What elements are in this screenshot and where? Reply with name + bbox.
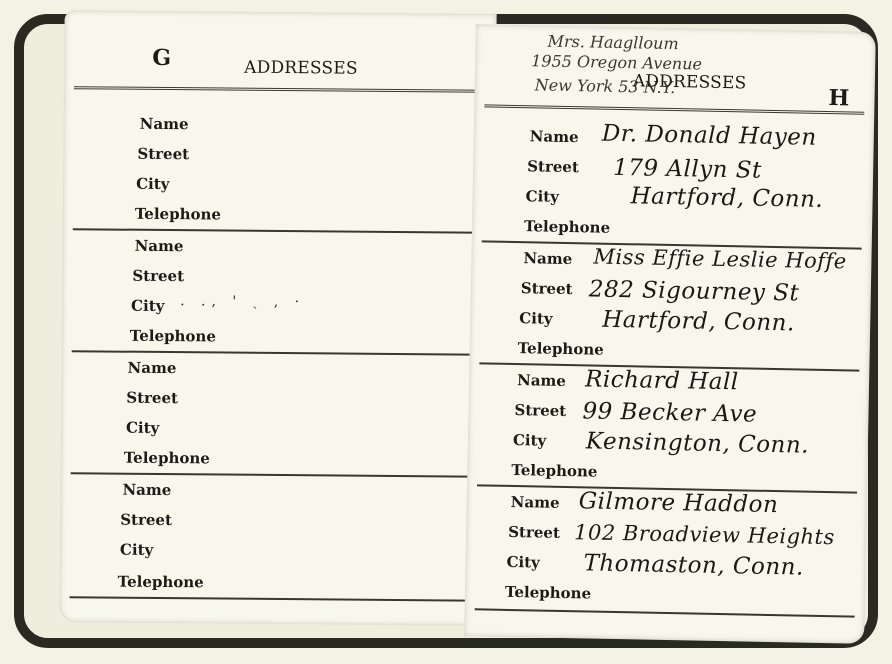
header-rule [74, 86, 486, 94]
telephone-label: Telephone [511, 461, 597, 481]
street-label: Street [120, 511, 172, 529]
city-label: City [131, 297, 164, 315]
page-letter: H [828, 85, 849, 111]
city-value: Kensington, Conn. [586, 428, 810, 458]
margin-note-line-1: Mrs. Haaglloum [547, 32, 678, 54]
header-rule [484, 104, 864, 115]
page-title: ADDRESSES [244, 58, 358, 79]
city-label: City [126, 419, 159, 437]
erased-marks: . ., ' ˏ , · [180, 293, 305, 311]
telephone-label: Telephone [130, 327, 216, 346]
telephone-label: Telephone [518, 339, 604, 359]
street-label: Street [508, 523, 560, 542]
page-title: ADDRESSES [633, 71, 747, 93]
name-label: Name [523, 249, 572, 268]
name-label: Name [140, 115, 189, 133]
street-value: 282 Sigourney St [589, 276, 800, 306]
telephone-label: Telephone [124, 449, 210, 468]
name-value: Richard Hall [585, 366, 739, 395]
address-entry[interactable]: Name Dr. Donald Hayen Street 179 Allyn S… [472, 118, 874, 248]
street-label: Street [137, 145, 189, 163]
street-value: 102 Broadview Heights [574, 520, 835, 549]
name-label: Name [127, 359, 176, 377]
address-entry[interactable]: Name Street City Telephone [60, 472, 493, 598]
telephone-label: Telephone [118, 573, 204, 592]
city-label: City [513, 431, 547, 450]
margin-note-line-2: 1955 Oregon Avenue [531, 51, 702, 73]
name-label: Name [135, 237, 184, 255]
address-entry[interactable]: Name Richard Hall Street 99 Becker Ave C… [467, 362, 869, 492]
street-label: Street [521, 279, 573, 298]
name-label: Name [530, 127, 579, 146]
address-entry[interactable]: Name Street City Telephone [63, 106, 496, 232]
city-value: Hartford, Conn. [602, 307, 795, 337]
telephone-label: Telephone [505, 583, 591, 603]
city-label: City [136, 175, 169, 193]
name-label: Name [511, 493, 560, 512]
city-label: City [525, 187, 559, 206]
address-entry[interactable]: Name Gilmore Haddon Street 102 Broadview… [465, 484, 867, 614]
name-value: Miss Effie Leslie Hoffe [593, 245, 847, 274]
city-label: City [519, 309, 553, 328]
street-label: Street [126, 389, 178, 407]
address-entry[interactable]: Name Street City Telephone [61, 350, 494, 476]
street-label: Street [527, 157, 579, 176]
city-value: Thomaston, Conn. [583, 550, 804, 580]
address-entry[interactable]: Name Miss Effie Leslie Hoffe Street 282 … [469, 240, 871, 370]
telephone-label: Telephone [524, 217, 610, 237]
address-entry[interactable]: Name Street City . ., ' ˏ , · Telephone [62, 228, 495, 354]
left-page-g: G ADDRESSES Name Street City Telephone N… [59, 10, 496, 626]
city-label: City [120, 541, 153, 559]
street-label: Street [132, 267, 184, 285]
street-value: 99 Becker Ave [582, 398, 757, 427]
right-page-h: Mrs. Haaglloum 1955 Oregon Avenue New Yo… [464, 24, 876, 644]
page-letter: G [152, 45, 171, 71]
street-value: 179 Allyn St [613, 155, 762, 184]
city-value: Hartford, Conn. [630, 183, 823, 213]
name-label: Name [122, 481, 171, 499]
name-label: Name [517, 371, 566, 390]
name-value: Gilmore Haddon [579, 488, 779, 518]
city-label: City [506, 553, 540, 572]
street-label: Street [514, 401, 566, 420]
name-value: Dr. Donald Hayen [602, 121, 817, 151]
telephone-label: Telephone [135, 205, 221, 224]
